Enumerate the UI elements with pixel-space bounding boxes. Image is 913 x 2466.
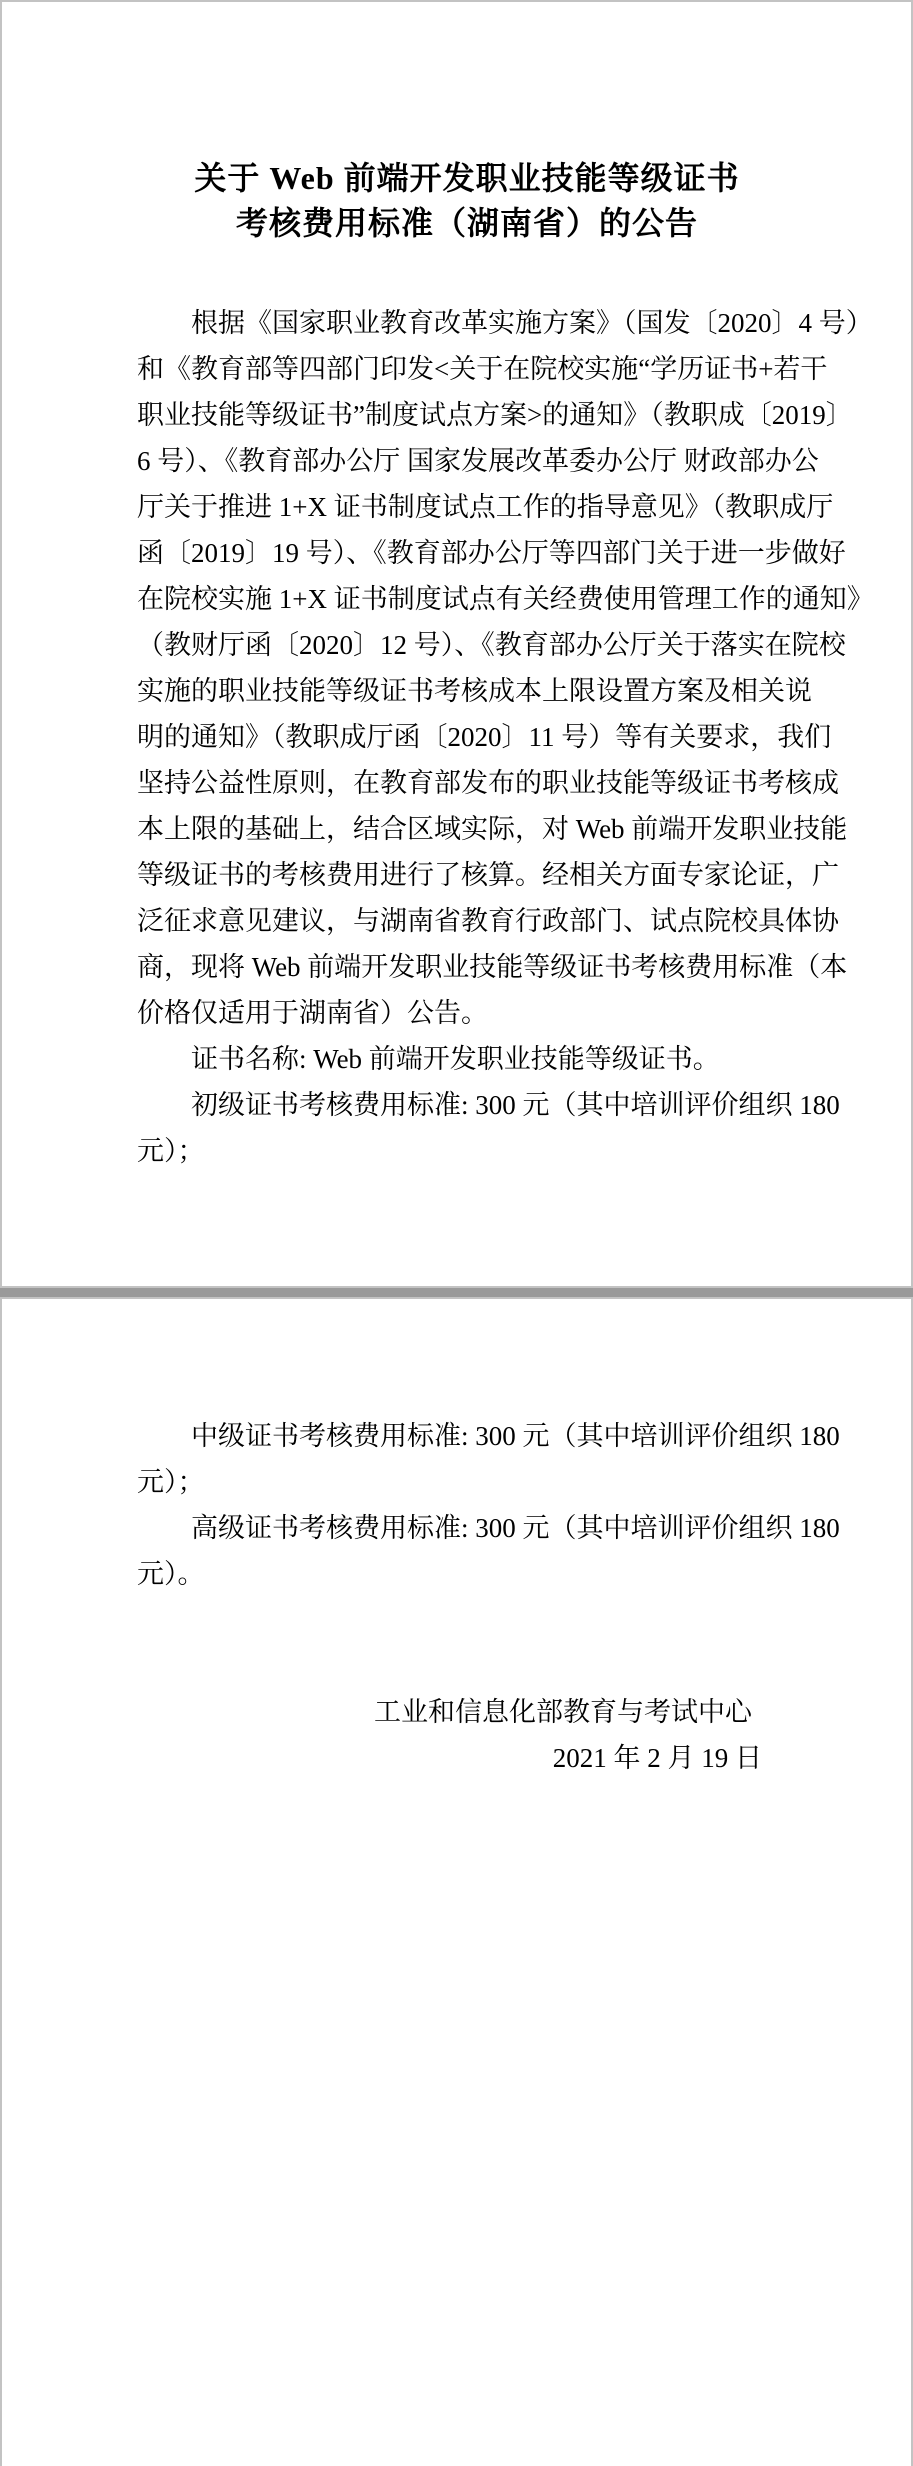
text-line: 实施的职业技能等级证书考核成本上限设置方案及相关说 xyxy=(137,668,797,714)
text-line: （教财厅函〔2020〕12 号）、《教育部办公厅关于落实在院校 xyxy=(137,622,797,668)
page1-body: 根据《国家职业教育改革实施方案》（国发〔2020〕4 号）和《教育部等四部门印发… xyxy=(137,300,797,1174)
text-line: 泛征求意见建议，与湖南省教育行政部门、试点院校具体协 xyxy=(137,898,797,944)
document-viewer: 关于 Web 前端开发职业技能等级证书 考核费用标准（湖南省）的公告 根据《国家… xyxy=(0,0,913,2466)
document-title-line-1: 关于 Web 前端开发职业技能等级证书 xyxy=(137,156,797,201)
text-line: 证书名称: Web 前端开发职业技能等级证书。 xyxy=(137,1036,797,1082)
text-line: 6 号）、《教育部办公厅 国家发展改革委办公厅 财政部办公 xyxy=(137,438,797,484)
signoff-block: 工业和信息化部教育与考试中心 2021 年 2 月 19 日 xyxy=(137,1689,797,1781)
text-line: 明的通知》（教职成厅函〔2020〕11 号）等有关要求，我们 xyxy=(137,714,797,760)
text-line: 元）； xyxy=(137,1128,797,1174)
page2-body: 中级证书考核费用标准: 300 元（其中培训评价组织 180元）；高级证书考核费… xyxy=(137,1413,797,1597)
text-line: 高级证书考核费用标准: 300 元（其中培训评价组织 180 xyxy=(137,1505,797,1551)
text-line: 元）； xyxy=(137,1459,797,1505)
text-line: 价格仅适用于湖南省）公告。 xyxy=(137,990,797,1036)
text-line: 初级证书考核费用标准: 300 元（其中培训评价组织 180 xyxy=(137,1082,797,1128)
text-line: 根据《国家职业教育改革实施方案》（国发〔2020〕4 号） xyxy=(137,300,797,346)
text-line: 在院校实施 1+X 证书制度试点有关经费使用管理工作的通知》 xyxy=(137,576,797,622)
issue-date: 2021 年 2 月 19 日 xyxy=(137,1735,797,1781)
page-separator xyxy=(0,1288,913,1297)
document-title: 关于 Web 前端开发职业技能等级证书 考核费用标准（湖南省）的公告 xyxy=(137,156,797,246)
text-line: 本上限的基础上，结合区域实际，对 Web 前端开发职业技能 xyxy=(137,806,797,852)
text-line: 元）。 xyxy=(137,1551,797,1597)
text-line: 和《教育部等四部门印发<关于在院校实施“学历证书+若干 xyxy=(137,346,797,392)
text-line: 职业技能等级证书”制度试点方案>的通知》（教职成〔2019〕 xyxy=(137,392,797,438)
text-line: 函〔2019〕19 号）、《教育部办公厅等四部门关于进一步做好 xyxy=(137,530,797,576)
page-1: 关于 Web 前端开发职业技能等级证书 考核费用标准（湖南省）的公告 根据《国家… xyxy=(0,0,913,1288)
document-title-line-2: 考核费用标准（湖南省）的公告 xyxy=(137,201,797,246)
page-2: 中级证书考核费用标准: 300 元（其中培训评价组织 180元）；高级证书考核费… xyxy=(0,1297,913,2466)
text-line: 等级证书的考核费用进行了核算。经相关方面专家论证，广 xyxy=(137,852,797,898)
text-line: 厅关于推进 1+X 证书制度试点工作的指导意见》（教职成厅 xyxy=(137,484,797,530)
text-line: 中级证书考核费用标准: 300 元（其中培训评价组织 180 xyxy=(137,1413,797,1459)
issuer-name: 工业和信息化部教育与考试中心 xyxy=(137,1689,797,1735)
text-line: 坚持公益性原则，在教育部发布的职业技能等级证书考核成 xyxy=(137,760,797,806)
text-line: 商，现将 Web 前端开发职业技能等级证书考核费用标准（本 xyxy=(137,944,797,990)
